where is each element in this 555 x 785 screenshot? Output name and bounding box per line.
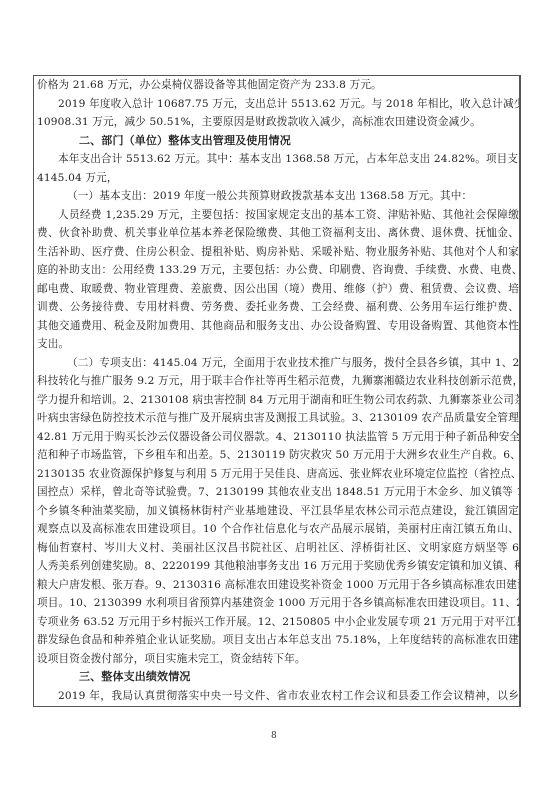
text-line: 价格为 21.68 万元，办公桌椅仪器设备等其他固定资产为 233.8 万元。 [37, 76, 519, 95]
text-line: 叶病虫害绿色防控技术示范与推广及开展病虫害及测报工具试验。3、2130109 农… [37, 409, 519, 428]
text-line: 人员经费 1,235.29 万元，主要包括：按国家规定支出的基本工资、津贴补贴、… [37, 206, 519, 225]
text-line: 设项目资金拨付部分，项目实施未完工，资金结转下年。 [37, 650, 519, 669]
text-line: 邮电费、取暖费、物业管理费、差旅费、因公出国（境）费用、维修（护）费、租赁费、会… [37, 280, 519, 299]
page-number: 8 [271, 731, 277, 741]
text-line: 人秀美系列创建奖励。8、2220199 其他粮油事务支出 16 万元用于奖励优秀… [37, 557, 519, 576]
document-body: 价格为 21.68 万元，办公桌椅仪器设备等其他固定资产为 233.8 万元。 … [37, 76, 519, 705]
text-line: 2130135 农业资源保护修复与利用 5 万元用于吴佳良、唐高远、张业辉农业环… [37, 465, 519, 484]
text-line: 4145.04 万元， [37, 169, 519, 188]
text-line: 科技转化与推广服务 9.2 万元，用于联丰合作社等再生稻示范费，九狮寨湘赣边农业… [37, 372, 519, 391]
text-line: 群发绿色食品和种养殖企业认证奖励。项目支出占本年总支出 75.18%，上年度结转… [37, 631, 519, 650]
section-heading-2: 二、部门（单位）整体支出管理及使用情况 [37, 132, 519, 151]
text-line: 庭的补助支出：公用经费 133.29 万元，主要包括：办公费、印刷费、咨询费、手… [37, 261, 519, 280]
text-line: 42.81 万元用于购买长沙云仪器设备公司仪器款。4、2130110 执法监管 … [37, 428, 519, 447]
text-line: 梅仙哲寮村、岑川大义村、美丽社区汉昌书院社区、启明社区、浮桥街社区、文明家庭方炳… [37, 539, 519, 558]
text-line: 国控点）采样，曾北奇等试验费。7、2130199 其他农业支出 1848.51 … [37, 483, 519, 502]
text-line: 专项业务 63.52 万元用于乡村振兴工作开展。12、2150805 中小企业发… [37, 613, 519, 632]
text-line: 10908.31 万元，减少 50.51%，主要原因是财政拨款收入减少，高标准农… [37, 113, 519, 132]
subsection-special-expenditure: （二）专项支出：4145.04 万元，全面用于农业技术推广与服务，拨付全县各乡镇… [37, 354, 519, 373]
text-line: 费、伙食补助费、机关事业单位基本养老保险缴费、其他工资福利支出、离休费、退休费、… [37, 224, 519, 243]
text-line: 2019 年，我局认真贯彻落实中央一号文件、省市农业农村工作会议和县委工作会议精… [37, 687, 519, 706]
text-line: 其他交通费用、税金及附加费用、其他商品和服务支出、办公设备购置、专用设备购置、其… [37, 317, 519, 336]
text-line: 粮大户唐发根、张万春。9、2130316 高标准农田建设奖补资金 1000 万元… [37, 576, 519, 595]
text-line: 学力提升和培训。2、2130108 病虫害控制 84 万元用于湖南和旺生物公司农… [37, 391, 519, 410]
text-line: 个乡镇冬种油菜奖励，加义镇杨林街村产业基地建设、平江县华星农林公司示范点建设，瓮… [37, 502, 519, 521]
text-line: 项目。10、2130399 水利项目省预算内基建资金 1000 万元用于各乡镇高… [37, 594, 519, 613]
text-line: 支出。 [37, 335, 519, 354]
section-heading-3: 三、整体支出绩效情况 [37, 668, 519, 687]
subsection-basic-expenditure: （一）基本支出：2019 年度一般公共预算财政拨款基本支出 1368.58 万元… [37, 187, 519, 206]
text-line: 观察点以及高标准农田建设项目。10 个合作社信息化与农产品展示展销，美丽村庄南江… [37, 520, 519, 539]
text-line: 训费、公务接待费、专用材料费、劳务费、委托业务费、工会经费、福利费、公务用车运行… [37, 298, 519, 317]
text-line: 生活补助、医疗费、住房公积金、提租补贴、购房补贴、采暖补贴、物业服务补贴、其他对… [37, 243, 519, 262]
text-line: 范和种子市场监管，下乡租车和出差。5、2130119 防灾救灾 50 万元用于大… [37, 446, 519, 465]
text-line: 2019 年度收入总计 10687.75 万元，支出总计 5513.62 万元。… [37, 95, 519, 114]
text-line: 本年支出合计 5513.62 万元。其中：基本支出 1368.58 万元，占本年… [37, 150, 519, 169]
